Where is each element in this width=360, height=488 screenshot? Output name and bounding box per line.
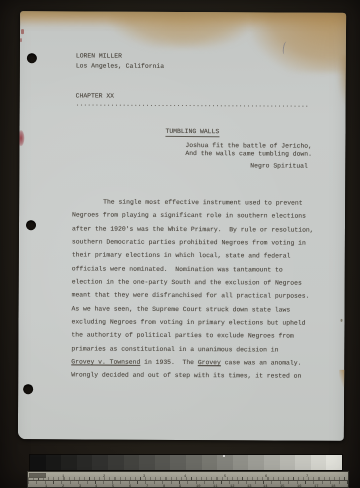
measurement-ruler: 1234567 12345678910111213141516171819: [27, 471, 349, 488]
ruler-number: 14: [263, 484, 267, 488]
grayscale-step: [46, 455, 62, 470]
body-line: the authority of political parties to ex…: [71, 329, 323, 344]
punch-hole-bottom: [23, 384, 33, 394]
grayscale-step: [248, 455, 264, 470]
body-text: case was an anomaly.: [221, 359, 302, 366]
ruler-number: 6: [265, 474, 267, 478]
body-line: Wrongly decided and out of step with its…: [71, 369, 323, 384]
author-location: Los Angeles, California: [76, 61, 164, 71]
body-text: in 1935. The: [140, 359, 198, 366]
epigraph-attribution: Negro Spiritual: [250, 162, 308, 170]
epigraph-line: Joshua fit the battle of Jericho,: [185, 142, 312, 150]
ruler-label-box: [29, 473, 46, 478]
ruler-number: 1: [45, 484, 47, 488]
body-paragraph: The single most effective instrument use…: [71, 195, 324, 383]
ruler-number: 12: [230, 484, 234, 488]
ruler-number: 1: [62, 474, 64, 478]
grayscale-step: [170, 455, 186, 470]
ruler-number: 18: [331, 484, 335, 488]
body-text: As we have seen, the Supreme Court struc…: [72, 305, 291, 313]
body-line: election in the one-party South and the …: [72, 275, 324, 290]
ruler-number: 4: [184, 474, 186, 478]
grayscale-step: [61, 455, 77, 470]
grayscale-step: [139, 455, 155, 470]
body-line: Negroes from playing a significant role …: [72, 209, 324, 224]
body-line: primaries as constitutional in a unanimo…: [71, 342, 323, 357]
ruler-number: 11: [213, 484, 217, 488]
body-line: officials were nominated. Nomination was…: [72, 262, 324, 277]
grayscale-step: [124, 455, 140, 470]
ruler-number: 17: [314, 484, 318, 488]
body-line: southern Democratic parties prohibited N…: [72, 235, 324, 250]
ruler-cm-scale: 12345678910111213141516171819: [28, 481, 348, 488]
edge-speck: [341, 319, 343, 322]
body-line: after the 1920's was the White Primary. …: [72, 222, 324, 237]
body-text: southern Democratic parties prohibited N…: [72, 238, 306, 246]
chapter-heading: CHAPTER XX: [76, 92, 114, 100]
body-line: The single most effective instrument use…: [72, 195, 324, 210]
stain-right-corner: [251, 11, 346, 73]
ruler-number: 6: [129, 484, 131, 488]
ruler-number: 3: [143, 474, 145, 478]
ruler-number: 7: [306, 474, 308, 478]
body-text: primaries as constitutional in a unanimo…: [71, 345, 278, 353]
ruler-number: 15: [280, 484, 284, 488]
epigraph-line: And the walls came tumbling down.: [185, 150, 312, 158]
grayscale-step: [108, 455, 124, 470]
ruler-number: 19: [347, 484, 349, 488]
red-ink-smudge: [18, 130, 25, 146]
body-line: Grovey v. Townsend in 1935. The Grovey c…: [71, 356, 323, 371]
body-line: their primary elections in which local, …: [72, 249, 324, 264]
grayscale-step: [30, 455, 46, 470]
grayscale-step: [92, 455, 108, 470]
body-text: Negroes from playing a significant role …: [72, 212, 306, 220]
photo-backdrop: LOREN MILLERLos Angeles, California CHAP…: [0, 0, 360, 488]
ruler-number: 5: [224, 474, 226, 478]
grayscale-step: [326, 455, 342, 470]
stain-right-edge: [338, 55, 346, 107]
ruler-number: 4: [95, 484, 97, 488]
ruler-number: 2: [62, 484, 64, 488]
body-line: As we have seen, the Supreme Court struc…: [72, 302, 324, 317]
body-text: the authority of political parties to ex…: [71, 332, 293, 340]
ruler-number: 9: [179, 484, 181, 488]
epigraph: Joshua fit the battle of Jericho,And the…: [185, 142, 312, 158]
body-text: Wrongly decided and out of step with its…: [71, 372, 301, 380]
underlined-case-name: Grovey: [198, 359, 221, 366]
grayscale-step: [264, 455, 280, 470]
grayscale-step: [202, 455, 218, 470]
body-line: meant that they were disfranchised for a…: [72, 289, 324, 304]
grayscale-step-wedge: [29, 454, 343, 471]
ruler-number: 16: [297, 484, 301, 488]
body-text: excluding Negroes from voting in primary…: [71, 319, 305, 327]
dotted-separator: ........................................…: [76, 100, 310, 109]
grayscale-step: [186, 455, 202, 470]
body-text: after the 1920's was the White Primary. …: [72, 225, 314, 233]
punch-hole-middle: [26, 220, 36, 230]
punch-hole-top: [27, 53, 37, 63]
grayscale-step: [295, 455, 311, 470]
body-text: The single most effective instrument use…: [103, 199, 302, 207]
body-text: officials were nominated. Nomination was…: [72, 265, 283, 273]
author-name: LOREN MILLER: [76, 51, 164, 61]
body-line: excluding Negroes from voting in primary…: [71, 316, 323, 331]
red-edge-tick: [20, 38, 22, 42]
torn-edge-chip: [339, 370, 346, 387]
grayscale-step: [77, 455, 93, 470]
grayscale-step: [311, 455, 327, 470]
red-edge-tick: [21, 29, 24, 34]
grayscale-step: [217, 455, 233, 470]
ruler-inch-scale: 1234567: [28, 472, 348, 481]
body-text: their primary elections in which local, …: [72, 252, 291, 260]
body-text: meant that they were disfranchised for a…: [72, 292, 310, 300]
ruler-number: 8: [163, 484, 165, 488]
ruler-number: 10: [196, 484, 200, 488]
body-text: election in the one-party South and the …: [72, 278, 302, 286]
grayscale-step: [155, 455, 171, 470]
document-page: LOREN MILLERLos Angeles, California CHAP…: [18, 11, 346, 441]
author-block: LOREN MILLERLos Angeles, California: [76, 51, 164, 71]
ruler-number: 7: [146, 484, 148, 488]
ruler-number: 13: [247, 484, 251, 488]
dust-speck: [223, 455, 225, 457]
underlined-case-name: Grovey v. Townsend: [71, 359, 140, 366]
ruler-number: 2: [103, 474, 105, 478]
ruler-number: 3: [79, 484, 81, 488]
stain-center-lobe: [108, 11, 258, 48]
grayscale-step: [233, 455, 249, 470]
grayscale-step: [280, 455, 296, 470]
ruler-number: 5: [112, 484, 114, 488]
page-title: TUMBLING WALLS: [165, 128, 219, 138]
